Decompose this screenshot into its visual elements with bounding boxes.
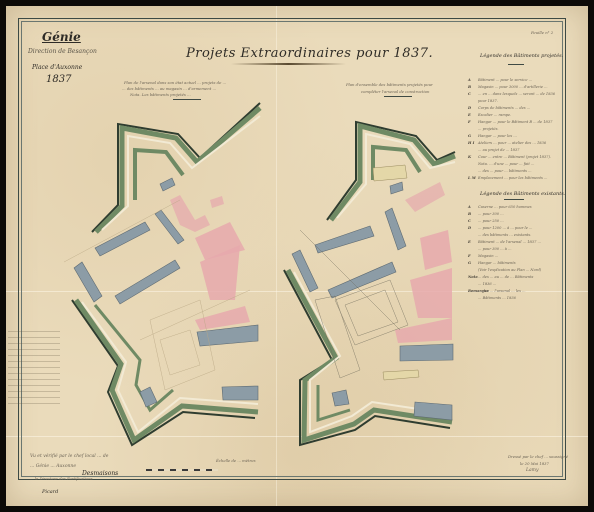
left-fortress-plan — [64, 103, 260, 445]
fortress-plans — [0, 0, 594, 512]
right-fortress-plan — [284, 122, 455, 445]
